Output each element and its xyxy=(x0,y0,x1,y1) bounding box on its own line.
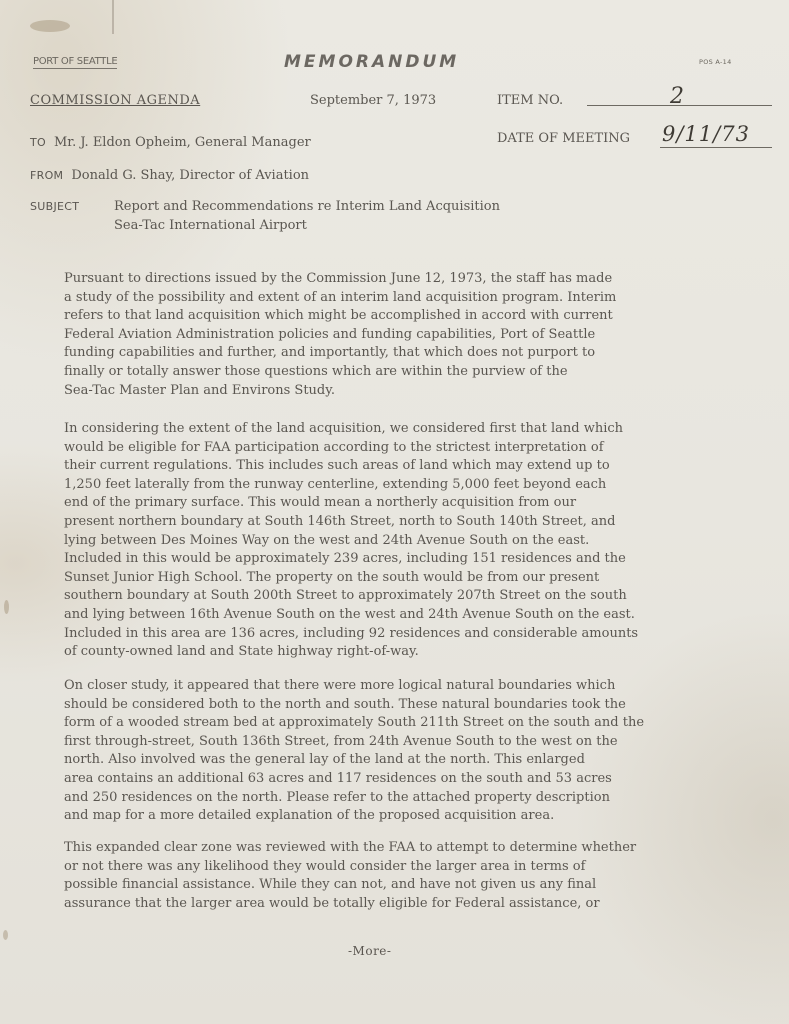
from-field: FROMDonald G. Shay, Director of Aviation xyxy=(30,168,309,183)
paper-crease xyxy=(112,0,114,34)
organization-logo: PORT OF SEATTLE xyxy=(33,56,117,69)
text-line: their current regulations. This includes… xyxy=(64,457,769,476)
text-line: end of the primary surface. This would m… xyxy=(64,494,769,513)
text-line: lying between Des Moines Way on the west… xyxy=(64,532,769,551)
subject-label: SUBJECT xyxy=(30,200,114,213)
text-line: On closer study, it appeared that there … xyxy=(64,677,769,696)
text-line: and 250 residences on the north. Please … xyxy=(64,789,769,808)
item-no-label: ITEM NO. xyxy=(497,93,563,108)
text-line: first through-street, South 136th Street… xyxy=(64,733,769,752)
text-line: finally or totally answer those question… xyxy=(64,363,769,382)
text-line: possible financial assistance. While the… xyxy=(64,876,769,895)
subject-field: SUBJECTReport and Recommendations re Int… xyxy=(30,199,500,214)
text-line: or not there was any likelihood they wou… xyxy=(64,858,769,877)
to-field: TOMr. J. Eldon Opheim, General Manager xyxy=(30,135,311,150)
text-line: Pursuant to directions issued by the Com… xyxy=(64,270,769,289)
text-line: assurance that the larger area would be … xyxy=(64,895,769,914)
text-line: of county-owned land and State highway r… xyxy=(64,643,769,662)
text-line: would be eligible for FAA participation … xyxy=(64,439,769,458)
meeting-label: DATE OF MEETING xyxy=(497,131,630,146)
paragraph: On closer study, it appeared that there … xyxy=(64,677,769,826)
text-line: In considering the extent of the land ac… xyxy=(64,420,769,439)
from-value: Donald G. Shay, Director of Aviation xyxy=(71,168,309,183)
text-line: north. Also involved was the general lay… xyxy=(64,751,769,770)
text-line: This expanded clear zone was reviewed wi… xyxy=(64,839,769,858)
memo-title: MEMORANDUM xyxy=(284,52,459,72)
text-line: 1,250 feet laterally from the runway cen… xyxy=(64,476,769,495)
form-code: POS A-14 xyxy=(699,58,732,66)
paragraph: In considering the extent of the land ac… xyxy=(64,420,769,662)
agenda-label: COMMISSION AGENDA xyxy=(30,93,200,108)
to-value: Mr. J. Eldon Opheim, General Manager xyxy=(54,135,311,150)
paragraph: Pursuant to directions issued by the Com… xyxy=(64,270,769,400)
stain xyxy=(30,20,70,32)
meeting-underline xyxy=(660,147,772,148)
to-label: TO xyxy=(30,136,46,149)
continuation-marker: -More- xyxy=(348,944,391,958)
subject-line-2: Sea-Tac International Airport xyxy=(114,218,307,233)
text-line: and lying between 16th Avenue South on t… xyxy=(64,606,769,625)
text-line: and map for a more detailed explanation … xyxy=(64,807,769,826)
memo-date: September 7, 1973 xyxy=(310,93,436,108)
subject-line-1: Report and Recommendations re Interim La… xyxy=(114,199,500,214)
meeting-date-value: 9/11/73 xyxy=(662,122,750,146)
text-line: form of a wooded stream bed at approxima… xyxy=(64,714,769,733)
text-line: Included in this would be approximately … xyxy=(64,550,769,569)
text-line: refers to that land acquisition which mi… xyxy=(64,307,769,326)
from-label: FROM xyxy=(30,169,63,182)
stain xyxy=(4,600,9,614)
stain xyxy=(3,930,8,940)
text-line: area contains an additional 63 acres and… xyxy=(64,770,769,789)
item-no-value: 2 xyxy=(670,84,684,109)
paragraph: This expanded clear zone was reviewed wi… xyxy=(64,839,769,913)
text-line: southern boundary at South 200th Street … xyxy=(64,587,769,606)
text-line: should be considered both to the north a… xyxy=(64,696,769,715)
text-line: Sunset Junior High School. The property … xyxy=(64,569,769,588)
text-line: Federal Aviation Administration policies… xyxy=(64,326,769,345)
text-line: Included in this area are 136 acres, inc… xyxy=(64,625,769,644)
text-line: Sea-Tac Master Plan and Environs Study. xyxy=(64,382,769,401)
text-line: present northern boundary at South 146th… xyxy=(64,513,769,532)
text-line: a study of the possibility and extent of… xyxy=(64,289,769,308)
text-line: funding capabilities and further, and im… xyxy=(64,344,769,363)
